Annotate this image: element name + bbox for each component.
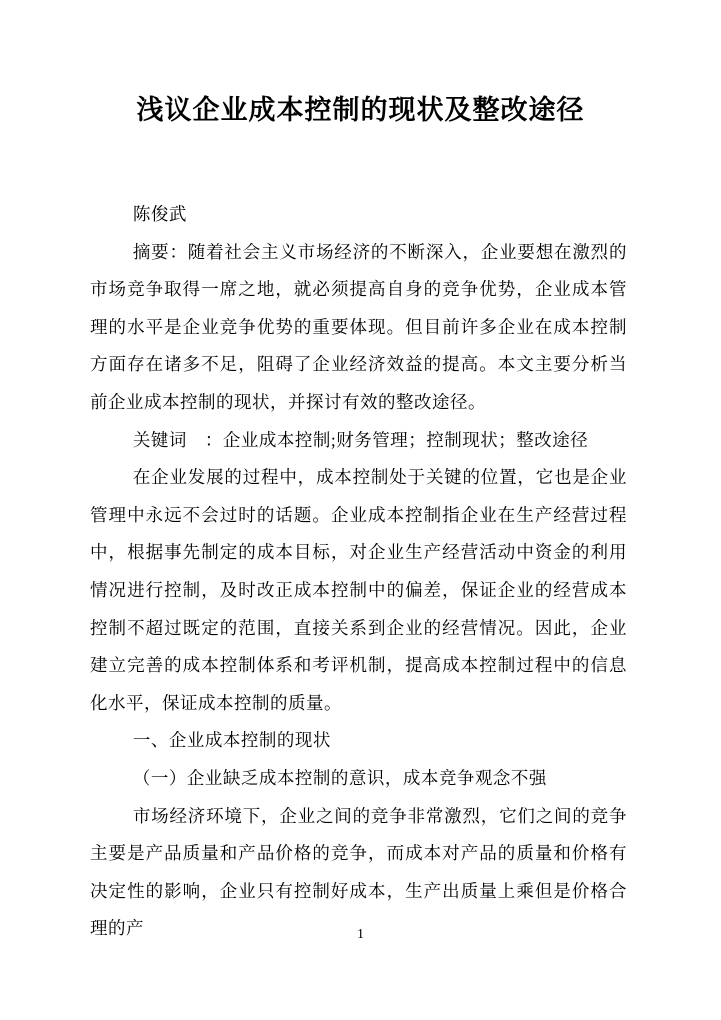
document-title: 浅议企业成本控制的现状及整改途径 xyxy=(0,0,721,128)
keywords-line: 关键词 ：企业成本控制;财务管理；控制现状；整改途径 xyxy=(90,422,627,460)
document-body: 陈俊武 摘要：随着社会主义市场经济的不断深入，企业要想在激烈的市场竞争取得一席之… xyxy=(90,196,627,948)
page-number: 1 xyxy=(0,926,721,944)
author-line: 陈俊武 xyxy=(90,196,627,234)
subsection-heading-1-1: （一）企业缺乏成本控制的意识，成本竞争观念不强 xyxy=(90,760,627,798)
introduction-paragraph: 在企业发展的过程中，成本控制处于关键的位置，它也是企业管理中永远不会过时的话题。… xyxy=(90,459,627,722)
section-heading-1: 一、企业成本控制的现状 xyxy=(90,722,627,760)
abstract-paragraph: 摘要：随着社会主义市场经济的不断深入，企业要想在激烈的市场竞争取得一席之地，就必… xyxy=(90,234,627,422)
document-page: 浅议企业成本控制的现状及整改途径 陈俊武 摘要：随着社会主义市场经济的不断深入，… xyxy=(0,0,721,1020)
